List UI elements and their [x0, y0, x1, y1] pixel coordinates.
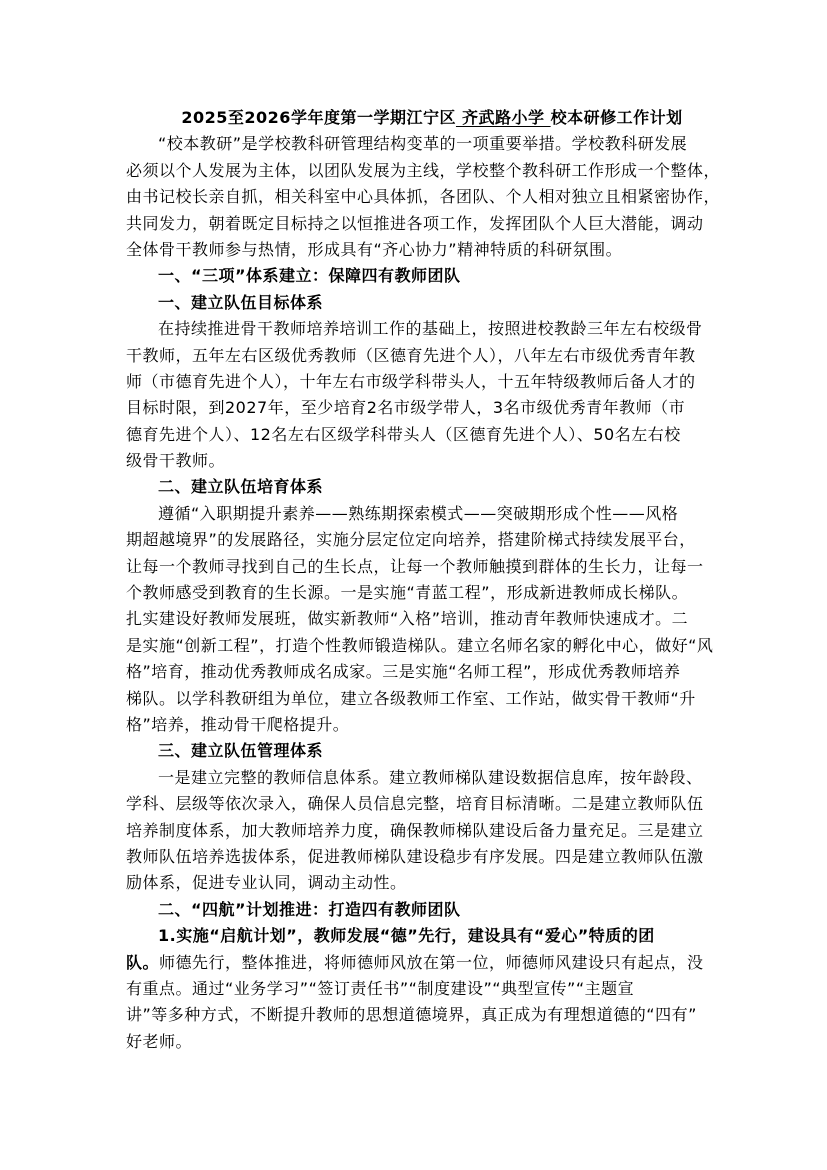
section1-sub2-heading: 二、建立队伍培育体系 [126, 474, 718, 500]
paragraph-line: 梯队。以学科教研组为单位，建立各级教师工作室、工作站，做实骨干教师“升 [126, 686, 718, 712]
document-title: 2025至2026学年度第一学期江宁区 齐武路小学 校本研修工作计划 [126, 105, 718, 131]
paragraph-line: 干教师，五年左右区级优秀教师（区德育先进个人），八年左右市级优秀青年教 [126, 343, 718, 369]
section1-sub3-heading: 三、建立队伍管理体系 [126, 738, 718, 764]
intro-line: 全体骨干教师参与热情，形成具有“齐心协力”精神特质的科研氛围。 [126, 237, 718, 263]
intro-line: 必须以个人发展为主体，以团队发展为主线，学校整个教科研工作形成一个整体， [126, 158, 718, 184]
title-school-name: 齐武路小学 [456, 108, 551, 127]
intro-line: “校本教研”是学校教科研管理结构变革的一项重要举措。学校教科研发展 [126, 131, 718, 157]
paragraph-line: 在持续推进骨干教师培养培训工作的基础上，按照进校教龄三年左右校级骨 [126, 316, 718, 342]
paragraph-line: 格”培养，推动骨干爬格提升。 [126, 712, 718, 738]
title-prefix: 2025至2026学年度第一学期江宁区 [181, 108, 456, 127]
paragraph-line: 队。师德先行，整体推进，将师德师风放在第一位，师德师风建设只有起点，没 [126, 950, 718, 976]
paragraph-line: 讲”等多种方式，不断提升教师的思想道德境界，真正成为有理想道德的“四有” [126, 1002, 718, 1028]
paragraph-line: 级骨干教师。 [126, 448, 718, 474]
paragraph-line: 教师队伍培养选拔体系，促进教师梯队建设稳步有序发展。四是建立教师队伍激 [126, 844, 718, 870]
paragraph-line: 师（市德育先进个人），十年左右市级学科带头人，十五年特级教师后备人才的 [126, 369, 718, 395]
paragraph-line: 期超越境界”的发展路径，实施分层定位定向培养，搭建阶梯式持续发展平台， [126, 527, 718, 553]
section1-sub1-heading: 一、建立队伍目标体系 [126, 290, 718, 316]
paragraph-line: 让每一个教师寻找到自己的生长点，让每一个教师触摸到群体的生长力，让每一 [126, 554, 718, 580]
paragraph-line: 格”培育，推动优秀教师成名成家。三是实施“名师工程”，形成优秀教师培养 [126, 659, 718, 685]
paragraph-line: 好老师。 [126, 1029, 718, 1055]
item1-text: 师德先行，整体推进，将师德师风放在第一位，师德师风建设只有起点，没 [159, 953, 704, 972]
paragraph-line: 德育先进个人）、12名左右区级学科带头人（区德育先进个人）、50名左右校 [126, 422, 718, 448]
item1-heading-tail: 队。 [126, 953, 159, 972]
paragraph-line: 目标时限，到2027年，至少培育2名市级学带人，3名市级优秀青年教师（市 [126, 395, 718, 421]
section2-item1-heading: 1.实施“启航计划”，教师发展“德”先行，建设具有“爱心”特质的团 [126, 923, 718, 949]
paragraph-line: 扎实建设好教师发展班，做实新教师“入格”培训，推动青年教师快速成才。二 [126, 606, 718, 632]
intro-line: 共同发力，朝着既定目标持之以恒推进各项工作，发挥团队个人巨大潜能，调动 [126, 211, 718, 237]
paragraph-line: 培养制度体系，加大教师培养力度，确保教师梯队建设后备力量充足。三是建立 [126, 818, 718, 844]
paragraph-line: 是实施“创新工程”，打造个性教师锻造梯队。建立名师名家的孵化中心，做好“风 [126, 633, 718, 659]
paragraph-line: 励体系，促进专业认同，调动主动性。 [126, 870, 718, 896]
section2-heading: 二、“四航”计划推进：打造四有教师团队 [126, 897, 718, 923]
paragraph-line: 有重点。通过“业务学习”“签订责任书”“制度建设”“典型宣传”“主题宣 [126, 976, 718, 1002]
document-page: 2025至2026学年度第一学期江宁区 齐武路小学 校本研修工作计划 “校本教研… [126, 105, 718, 1055]
paragraph-line: 学科、层级等依次录入，确保人员信息完整，培育目标清晰。二是建立教师队伍 [126, 791, 718, 817]
intro-line: 由书记校长亲自抓，相关科室中心具体抓，各团队、个人相对独立且相紧密协作， [126, 184, 718, 210]
title-suffix: 校本研修工作计划 [551, 108, 683, 127]
section1-heading: 一、“三项”体系建立：保障四有教师团队 [126, 263, 718, 289]
paragraph-line: 一是建立完整的教师信息体系。建立教师梯队建设数据信息库，按年龄段、 [126, 765, 718, 791]
paragraph-line: 遵循“入职期提升素养——熟练期探索模式——突破期形成个性——风格 [126, 501, 718, 527]
paragraph-line: 个教师感受到教育的生长源。一是实施“青蓝工程”，形成新进教师成长梯队。 [126, 580, 718, 606]
